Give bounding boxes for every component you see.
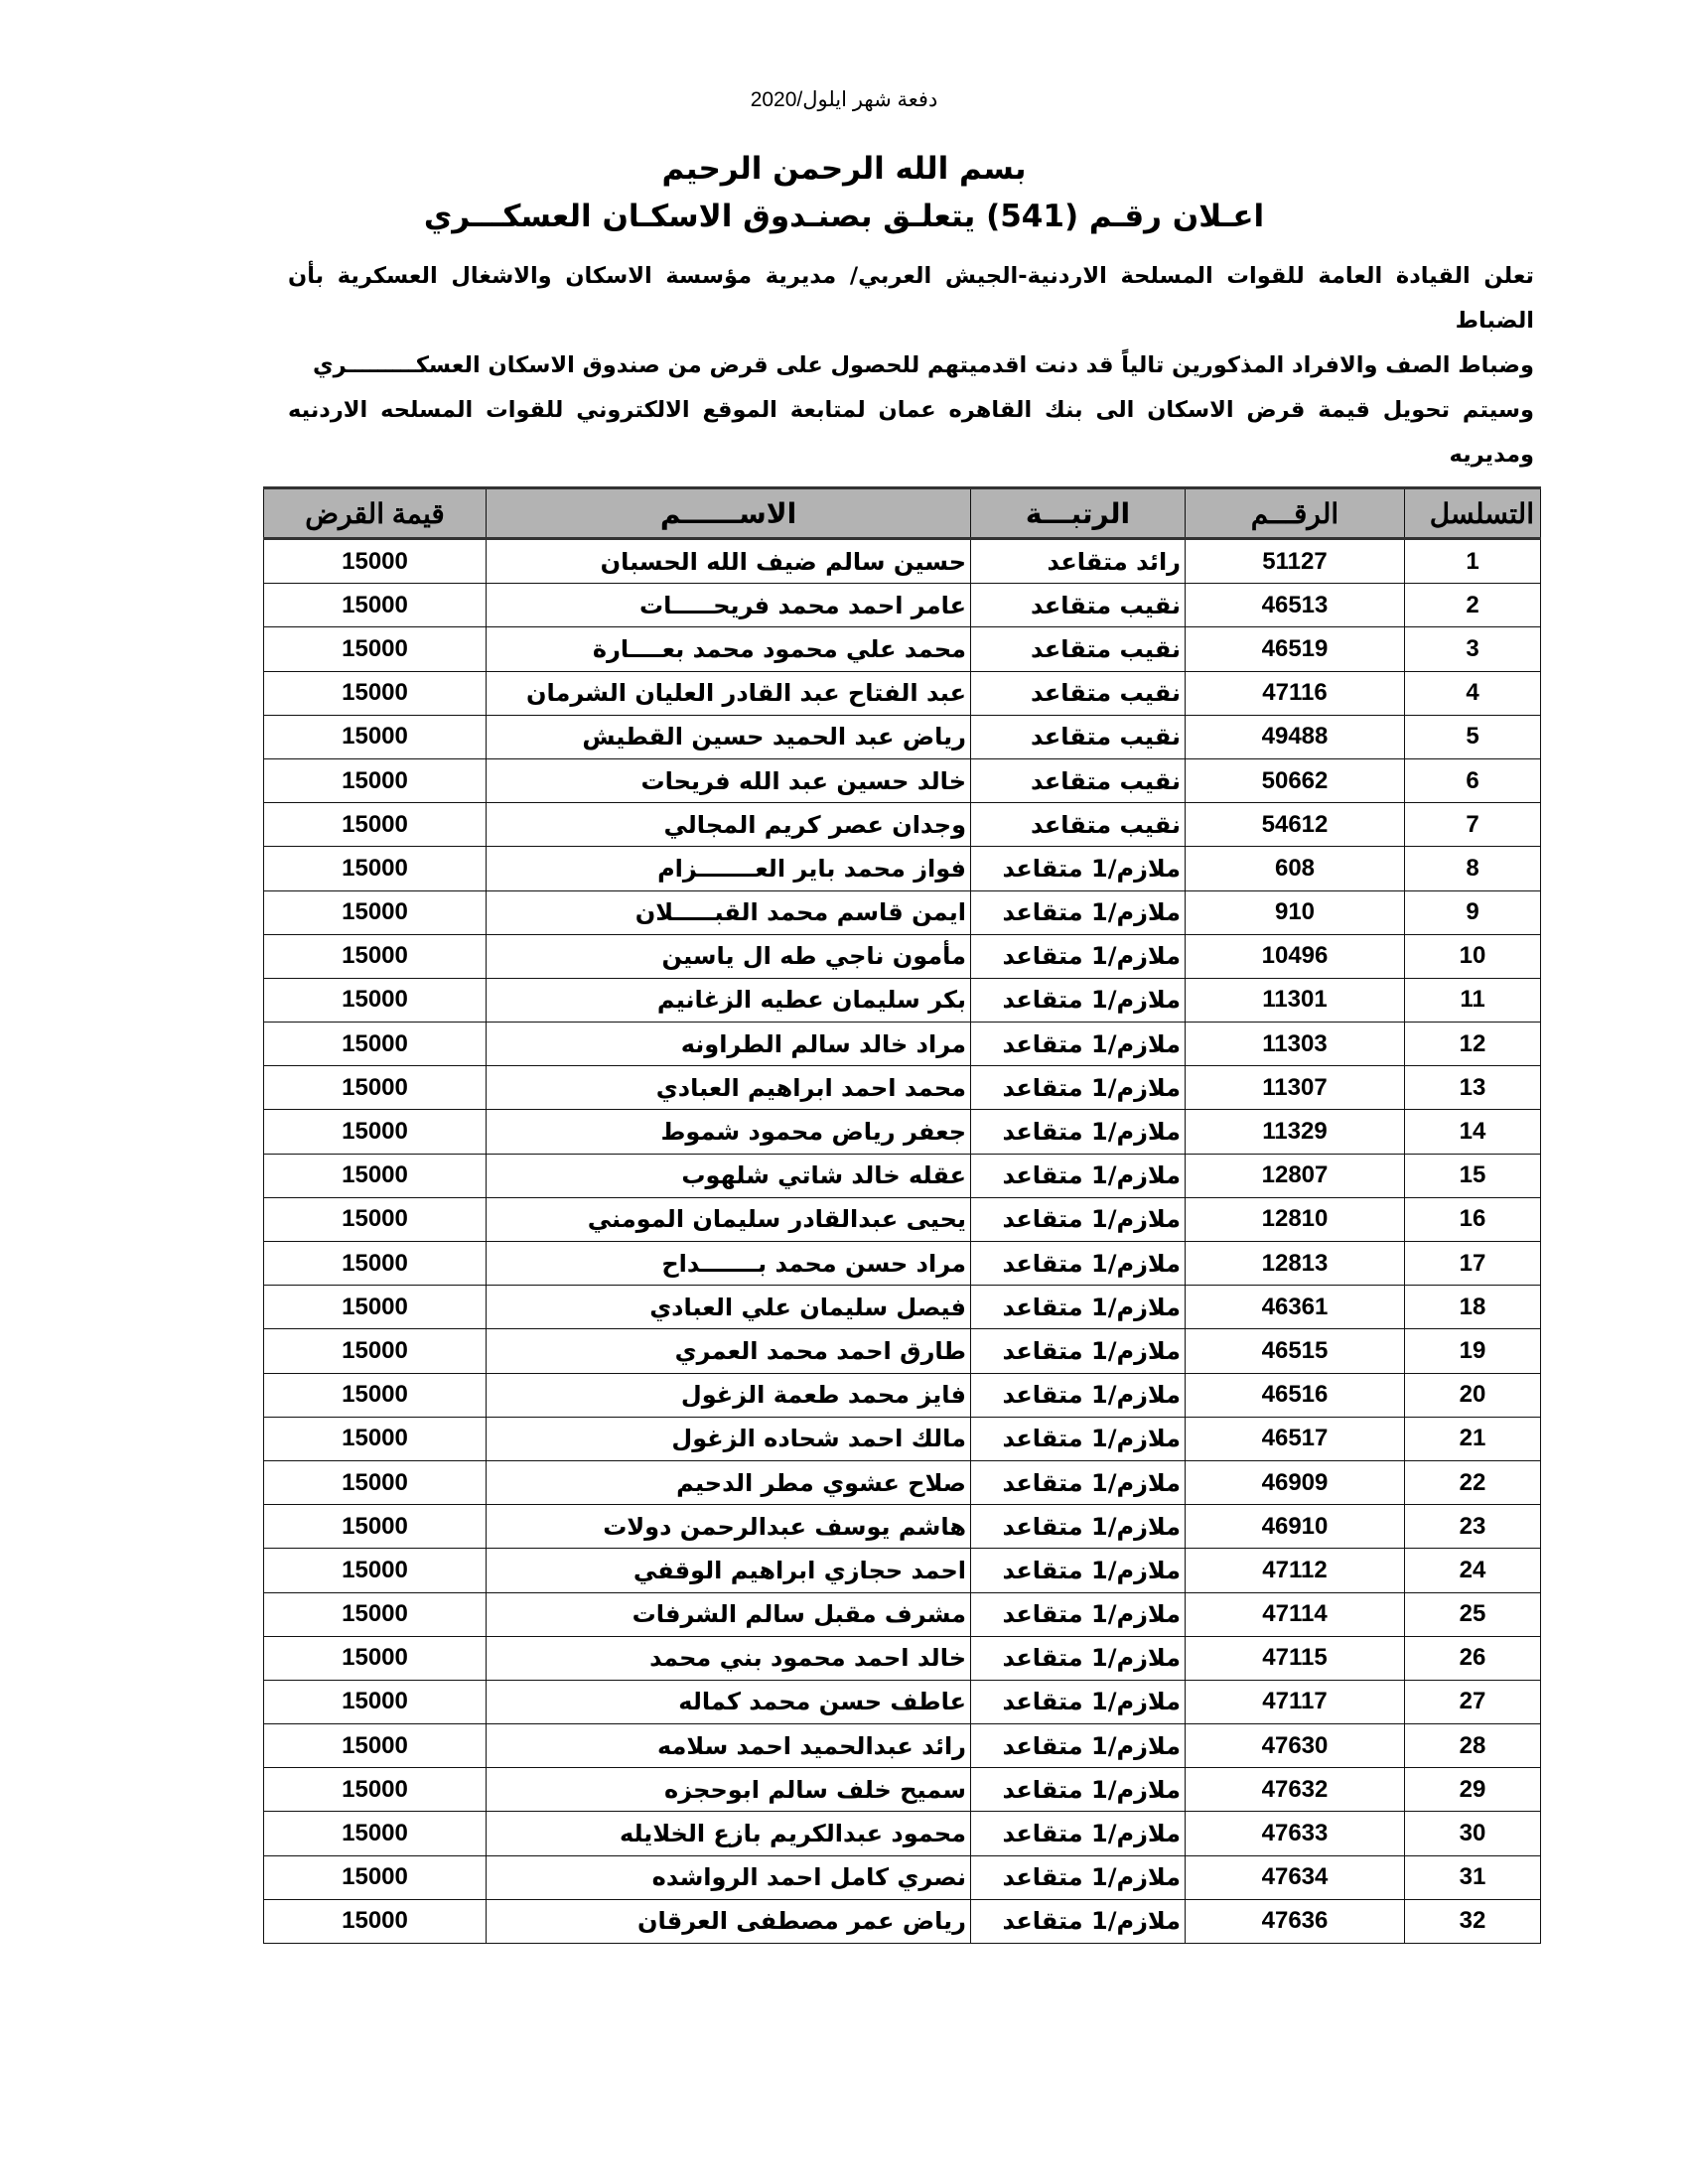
- cell-number: 49488: [1186, 715, 1405, 758]
- cell-amount: 15000: [264, 1680, 487, 1723]
- table-row: 1846361ملازم/1 متقاعدفيصل سليمان علي الع…: [264, 1286, 1541, 1329]
- cell-rank: ملازم/1 متقاعد: [971, 1855, 1186, 1899]
- table-row: 754612نقيب متقاعدوجدان عصر كريم المجالي1…: [264, 803, 1541, 847]
- table-header-row: التسلسل الرقـــم الرتبـــة الاســــــم ق…: [264, 488, 1541, 539]
- cell-rank: نقيب متقاعد: [971, 758, 1186, 802]
- cell-rank: ملازم/1 متقاعد: [971, 1066, 1186, 1110]
- cell-name: وجدان عصر كريم المجالي: [487, 803, 971, 847]
- cell-amount: 15000: [264, 1505, 487, 1549]
- table-row: 246513نقيب متقاعدعامر احمد محمد فريحــــ…: [264, 584, 1541, 627]
- cell-number: 47632: [1186, 1768, 1405, 1812]
- cell-seq: 16: [1405, 1197, 1541, 1241]
- cell-name: عاطف حسن محمد كماله: [487, 1680, 971, 1723]
- batch-label: دفعة شهر ايلول/2020: [0, 87, 1688, 112]
- table-row: 3147634ملازم/1 متقاعدنصري كامل احمد الرو…: [264, 1855, 1541, 1899]
- cell-seq: 5: [1405, 715, 1541, 758]
- table-row: 1411329ملازم/1 متقاعدجعفر رياض محمود شمو…: [264, 1110, 1541, 1154]
- table-row: 1946515ملازم/1 متقاعدطارق احمد محمد العم…: [264, 1329, 1541, 1373]
- column-header-name: الاســــــم: [487, 488, 971, 539]
- cell-number: 12810: [1186, 1197, 1405, 1241]
- cell-name: مأمون ناجي طه ال ياسين: [487, 934, 971, 978]
- cell-seq: 29: [1405, 1768, 1541, 1812]
- cell-seq: 17: [1405, 1242, 1541, 1286]
- announcement-title: اعـلان رقـم (541) يتعلـق بصنـدوق الاسكـا…: [0, 199, 1688, 234]
- table-row: 1211303ملازم/1 متقاعدمراد خالد سالم الطر…: [264, 1023, 1541, 1066]
- cell-number: 47630: [1186, 1724, 1405, 1768]
- cell-rank: ملازم/1 متقاعد: [971, 934, 1186, 978]
- cell-number: 11303: [1186, 1023, 1405, 1066]
- cell-number: 47115: [1186, 1636, 1405, 1680]
- table-body: 151127رائد متقاعدحسين سالم ضيف الله الحس…: [264, 539, 1541, 1944]
- cell-number: 51127: [1186, 539, 1405, 584]
- cell-number: 910: [1186, 890, 1405, 934]
- table-row: 1311307ملازم/1 متقاعدمحمد احمد ابراهيم ا…: [264, 1066, 1541, 1110]
- cell-name: محمد علي محمود محمد بعــــارة: [487, 627, 971, 671]
- cell-seq: 28: [1405, 1724, 1541, 1768]
- cell-name: رائد عبدالحميد احمد سلامه: [487, 1724, 971, 1768]
- basmala-heading: بسم الله الرحمن الرحيم: [0, 151, 1688, 187]
- cell-amount: 15000: [264, 1023, 487, 1066]
- cell-name: نصري كامل احمد الرواشده: [487, 1855, 971, 1899]
- cell-amount: 15000: [264, 1460, 487, 1504]
- cell-number: 47634: [1186, 1855, 1405, 1899]
- cell-seq: 12: [1405, 1023, 1541, 1066]
- cell-number: 47117: [1186, 1680, 1405, 1723]
- cell-seq: 8: [1405, 847, 1541, 890]
- cell-seq: 10: [1405, 934, 1541, 978]
- cell-name: رياض عمر مصطفى العرقان: [487, 1899, 971, 1943]
- cell-rank: ملازم/1 متقاعد: [971, 1812, 1186, 1855]
- cell-amount: 15000: [264, 803, 487, 847]
- cell-amount: 15000: [264, 1724, 487, 1768]
- cell-number: 11307: [1186, 1066, 1405, 1110]
- cell-rank: ملازم/1 متقاعد: [971, 847, 1186, 890]
- cell-rank: ملازم/1 متقاعد: [971, 1110, 1186, 1154]
- cell-name: ايمن قاسم محمد القبـــــلان: [487, 890, 971, 934]
- cell-name: مالك احمد شحاده الزغول: [487, 1417, 971, 1460]
- cell-seq: 21: [1405, 1417, 1541, 1460]
- cell-name: حسين سالم ضيف الله الحسبان: [487, 539, 971, 584]
- table-row: 2346910ملازم/1 متقاعدهاشم يوسف عبدالرحمن…: [264, 1505, 1541, 1549]
- cell-seq: 30: [1405, 1812, 1541, 1855]
- cell-seq: 18: [1405, 1286, 1541, 1329]
- table-row: 2447112ملازم/1 متقاعداحمد حجازي ابراهيم …: [264, 1549, 1541, 1592]
- cell-seq: 32: [1405, 1899, 1541, 1943]
- cell-amount: 15000: [264, 934, 487, 978]
- cell-name: بكر سليمان عطيه الزغانيم: [487, 978, 971, 1022]
- cell-rank: ملازم/1 متقاعد: [971, 1197, 1186, 1241]
- cell-rank: نقيب متقاعد: [971, 715, 1186, 758]
- cell-number: 47116: [1186, 671, 1405, 715]
- cell-amount: 15000: [264, 1286, 487, 1329]
- table-row: 2547114ملازم/1 متقاعدمشرف مقبل سالم الشر…: [264, 1592, 1541, 1636]
- cell-seq: 27: [1405, 1680, 1541, 1723]
- cell-name: سميح خلف سالم ابوحجزه: [487, 1768, 971, 1812]
- cell-name: محمد احمد ابراهيم العبادي: [487, 1066, 971, 1110]
- cell-rank: نقيب متقاعد: [971, 803, 1186, 847]
- table-row: 549488نقيب متقاعدرياض عبد الحميد حسين ال…: [264, 715, 1541, 758]
- cell-seq: 7: [1405, 803, 1541, 847]
- cell-rank: رائد متقاعد: [971, 539, 1186, 584]
- cell-number: 46909: [1186, 1460, 1405, 1504]
- cell-number: 12813: [1186, 1242, 1405, 1286]
- cell-number: 11329: [1186, 1110, 1405, 1154]
- column-header-rank: الرتبـــة: [971, 488, 1186, 539]
- cell-amount: 15000: [264, 1768, 487, 1812]
- cell-number: 47636: [1186, 1899, 1405, 1943]
- cell-rank: ملازم/1 متقاعد: [971, 890, 1186, 934]
- cell-number: 46517: [1186, 1417, 1405, 1460]
- table-row: 2747117ملازم/1 متقاعدعاطف حسن محمد كماله…: [264, 1680, 1541, 1723]
- table-row: 2847630ملازم/1 متقاعدرائد عبدالحميد احمد…: [264, 1724, 1541, 1768]
- cell-rank: ملازم/1 متقاعد: [971, 1768, 1186, 1812]
- cell-amount: 15000: [264, 1417, 487, 1460]
- cell-rank: ملازم/1 متقاعد: [971, 1724, 1186, 1768]
- cell-number: 54612: [1186, 803, 1405, 847]
- cell-number: 47114: [1186, 1592, 1405, 1636]
- cell-number: 46519: [1186, 627, 1405, 671]
- cell-number: 11301: [1186, 978, 1405, 1022]
- table-row: 2947632ملازم/1 متقاعدسميح خلف سالم ابوحج…: [264, 1768, 1541, 1812]
- cell-amount: 15000: [264, 1329, 487, 1373]
- cell-amount: 15000: [264, 1549, 487, 1592]
- body-line-1: تعلن القيادة العامة للقوات المسلحة الارد…: [288, 254, 1534, 343]
- cell-amount: 15000: [264, 1373, 487, 1417]
- cell-seq: 23: [1405, 1505, 1541, 1549]
- cell-name: خالد حسين عبد الله فريحات: [487, 758, 971, 802]
- cell-amount: 15000: [264, 1899, 487, 1943]
- cell-name: خالد احمد محمود بني محمد: [487, 1636, 971, 1680]
- cell-amount: 15000: [264, 1197, 487, 1241]
- cell-name: مراد حسن محمد بـــــــداح: [487, 1242, 971, 1286]
- cell-number: 12807: [1186, 1154, 1405, 1197]
- cell-seq: 31: [1405, 1855, 1541, 1899]
- cell-number: 46513: [1186, 584, 1405, 627]
- cell-seq: 1: [1405, 539, 1541, 584]
- column-header-amount: قيمة القرض: [264, 488, 487, 539]
- cell-name: مراد خالد سالم الطراونه: [487, 1023, 971, 1066]
- table-row: 650662نقيب متقاعدخالد حسين عبد الله فريح…: [264, 758, 1541, 802]
- cell-name: مشرف مقبل سالم الشرفات: [487, 1592, 971, 1636]
- table-row: 2647115ملازم/1 متقاعدخالد احمد محمود بني…: [264, 1636, 1541, 1680]
- cell-amount: 15000: [264, 584, 487, 627]
- cell-number: 608: [1186, 847, 1405, 890]
- cell-number: 46516: [1186, 1373, 1405, 1417]
- table-row: 2146517ملازم/1 متقاعدمالك احمد شحاده الز…: [264, 1417, 1541, 1460]
- cell-rank: ملازم/1 متقاعد: [971, 1373, 1186, 1417]
- cell-amount: 15000: [264, 627, 487, 671]
- cell-amount: 15000: [264, 1592, 487, 1636]
- cell-amount: 15000: [264, 1154, 487, 1197]
- cell-amount: 15000: [264, 890, 487, 934]
- cell-seq: 24: [1405, 1549, 1541, 1592]
- cell-number: 47112: [1186, 1549, 1405, 1592]
- table-row: 151127رائد متقاعدحسين سالم ضيف الله الحس…: [264, 539, 1541, 584]
- cell-amount: 15000: [264, 758, 487, 802]
- cell-amount: 15000: [264, 539, 487, 584]
- table-row: 2246909ملازم/1 متقاعدصلاح عشوي مطر الدحي…: [264, 1460, 1541, 1504]
- cell-seq: 14: [1405, 1110, 1541, 1154]
- cell-seq: 11: [1405, 978, 1541, 1022]
- cell-rank: ملازم/1 متقاعد: [971, 1329, 1186, 1373]
- cell-amount: 15000: [264, 1855, 487, 1899]
- cell-amount: 15000: [264, 671, 487, 715]
- cell-amount: 15000: [264, 847, 487, 890]
- cell-amount: 15000: [264, 715, 487, 758]
- table-row: 1010496ملازم/1 متقاعدمأمون ناجي طه ال يا…: [264, 934, 1541, 978]
- cell-rank: ملازم/1 متقاعد: [971, 1549, 1186, 1592]
- cell-rank: ملازم/1 متقاعد: [971, 1460, 1186, 1504]
- cell-rank: ملازم/1 متقاعد: [971, 1023, 1186, 1066]
- cell-seq: 4: [1405, 671, 1541, 715]
- table-row: 2046516ملازم/1 متقاعدفايز محمد طعمة الزغ…: [264, 1373, 1541, 1417]
- cell-name: جعفر رياض محمود شموط: [487, 1110, 971, 1154]
- cell-amount: 15000: [264, 978, 487, 1022]
- cell-seq: 3: [1405, 627, 1541, 671]
- cell-name: احمد حجازي ابراهيم الوقفي: [487, 1549, 971, 1592]
- table-row: 1111301ملازم/1 متقاعدبكر سليمان عطيه الز…: [264, 978, 1541, 1022]
- cell-name: فايز محمد طعمة الزغول: [487, 1373, 971, 1417]
- table-row: 1712813ملازم/1 متقاعدمراد حسن محمد بــــ…: [264, 1242, 1541, 1286]
- cell-name: فواز محمد باير العـــــــزام: [487, 847, 971, 890]
- cell-seq: 13: [1405, 1066, 1541, 1110]
- cell-seq: 15: [1405, 1154, 1541, 1197]
- cell-rank: نقيب متقاعد: [971, 584, 1186, 627]
- column-header-seq: التسلسل: [1405, 488, 1541, 539]
- cell-amount: 15000: [264, 1110, 487, 1154]
- table-row: 1512807ملازم/1 متقاعدعقله خالد شاتي شلهو…: [264, 1154, 1541, 1197]
- cell-name: عبد الفتاح عبد القادر العليان الشرمان: [487, 671, 971, 715]
- cell-rank: نقيب متقاعد: [971, 627, 1186, 671]
- cell-seq: 2: [1405, 584, 1541, 627]
- cell-seq: 19: [1405, 1329, 1541, 1373]
- column-header-number: الرقـــم: [1186, 488, 1405, 539]
- table-row: 447116نقيب متقاعدعبد الفتاح عبد القادر ا…: [264, 671, 1541, 715]
- table-row: 8608ملازم/1 متقاعدفواز محمد باير العــــ…: [264, 847, 1541, 890]
- cell-rank: ملازم/1 متقاعد: [971, 1417, 1186, 1460]
- cell-number: 47633: [1186, 1812, 1405, 1855]
- cell-rank: ملازم/1 متقاعد: [971, 978, 1186, 1022]
- loan-recipients-table: التسلسل الرقـــم الرتبـــة الاســــــم ق…: [263, 486, 1541, 1944]
- cell-number: 46361: [1186, 1286, 1405, 1329]
- cell-seq: 20: [1405, 1373, 1541, 1417]
- cell-name: طارق احمد محمد العمري: [487, 1329, 971, 1373]
- cell-number: 10496: [1186, 934, 1405, 978]
- cell-number: 46515: [1186, 1329, 1405, 1373]
- table-row: 9910ملازم/1 متقاعدايمن قاسم محمد القبـــ…: [264, 890, 1541, 934]
- cell-seq: 9: [1405, 890, 1541, 934]
- cell-rank: ملازم/1 متقاعد: [971, 1286, 1186, 1329]
- cell-rank: ملازم/1 متقاعد: [971, 1154, 1186, 1197]
- cell-rank: ملازم/1 متقاعد: [971, 1680, 1186, 1723]
- cell-amount: 15000: [264, 1812, 487, 1855]
- cell-name: صلاح عشوي مطر الدحيم: [487, 1460, 971, 1504]
- cell-amount: 15000: [264, 1636, 487, 1680]
- cell-name: عقله خالد شاتي شلهوب: [487, 1154, 971, 1197]
- cell-rank: ملازم/1 متقاعد: [971, 1636, 1186, 1680]
- cell-rank: ملازم/1 متقاعد: [971, 1899, 1186, 1943]
- cell-seq: 22: [1405, 1460, 1541, 1504]
- table-row: 3247636ملازم/1 متقاعدرياض عمر مصطفى العر…: [264, 1899, 1541, 1943]
- table-row: 1612810ملازم/1 متقاعديحيى عبدالقادر سليم…: [264, 1197, 1541, 1241]
- table-row: 3047633ملازم/1 متقاعدمحمود عبدالكريم باز…: [264, 1812, 1541, 1855]
- cell-amount: 15000: [264, 1066, 487, 1110]
- cell-rank: ملازم/1 متقاعد: [971, 1505, 1186, 1549]
- table-row: 346519نقيب متقاعدمحمد علي محمود محمد بعـ…: [264, 627, 1541, 671]
- cell-name: فيصل سليمان علي العبادي: [487, 1286, 971, 1329]
- cell-seq: 26: [1405, 1636, 1541, 1680]
- cell-amount: 15000: [264, 1242, 487, 1286]
- body-line-2: وضباط الصف والافراد المذكورين تالياً قد …: [288, 343, 1534, 388]
- body-line-3: وسيتم تحويل قيمة قرض الاسكان الى بنك الق…: [288, 388, 1534, 478]
- cell-name: محمود عبدالكريم بازع الخلايله: [487, 1812, 971, 1855]
- cell-rank: نقيب متقاعد: [971, 671, 1186, 715]
- cell-number: 46910: [1186, 1505, 1405, 1549]
- cell-seq: 6: [1405, 758, 1541, 802]
- cell-name: هاشم يوسف عبدالرحمن دولات: [487, 1505, 971, 1549]
- cell-rank: ملازم/1 متقاعد: [971, 1242, 1186, 1286]
- cell-number: 50662: [1186, 758, 1405, 802]
- cell-name: رياض عبد الحميد حسين القطيش: [487, 715, 971, 758]
- announcement-body: تعلن القيادة العامة للقوات المسلحة الارد…: [288, 254, 1534, 522]
- cell-seq: 25: [1405, 1592, 1541, 1636]
- cell-rank: ملازم/1 متقاعد: [971, 1592, 1186, 1636]
- cell-name: عامر احمد محمد فريحـــــات: [487, 584, 971, 627]
- cell-name: يحيى عبدالقادر سليمان المومني: [487, 1197, 971, 1241]
